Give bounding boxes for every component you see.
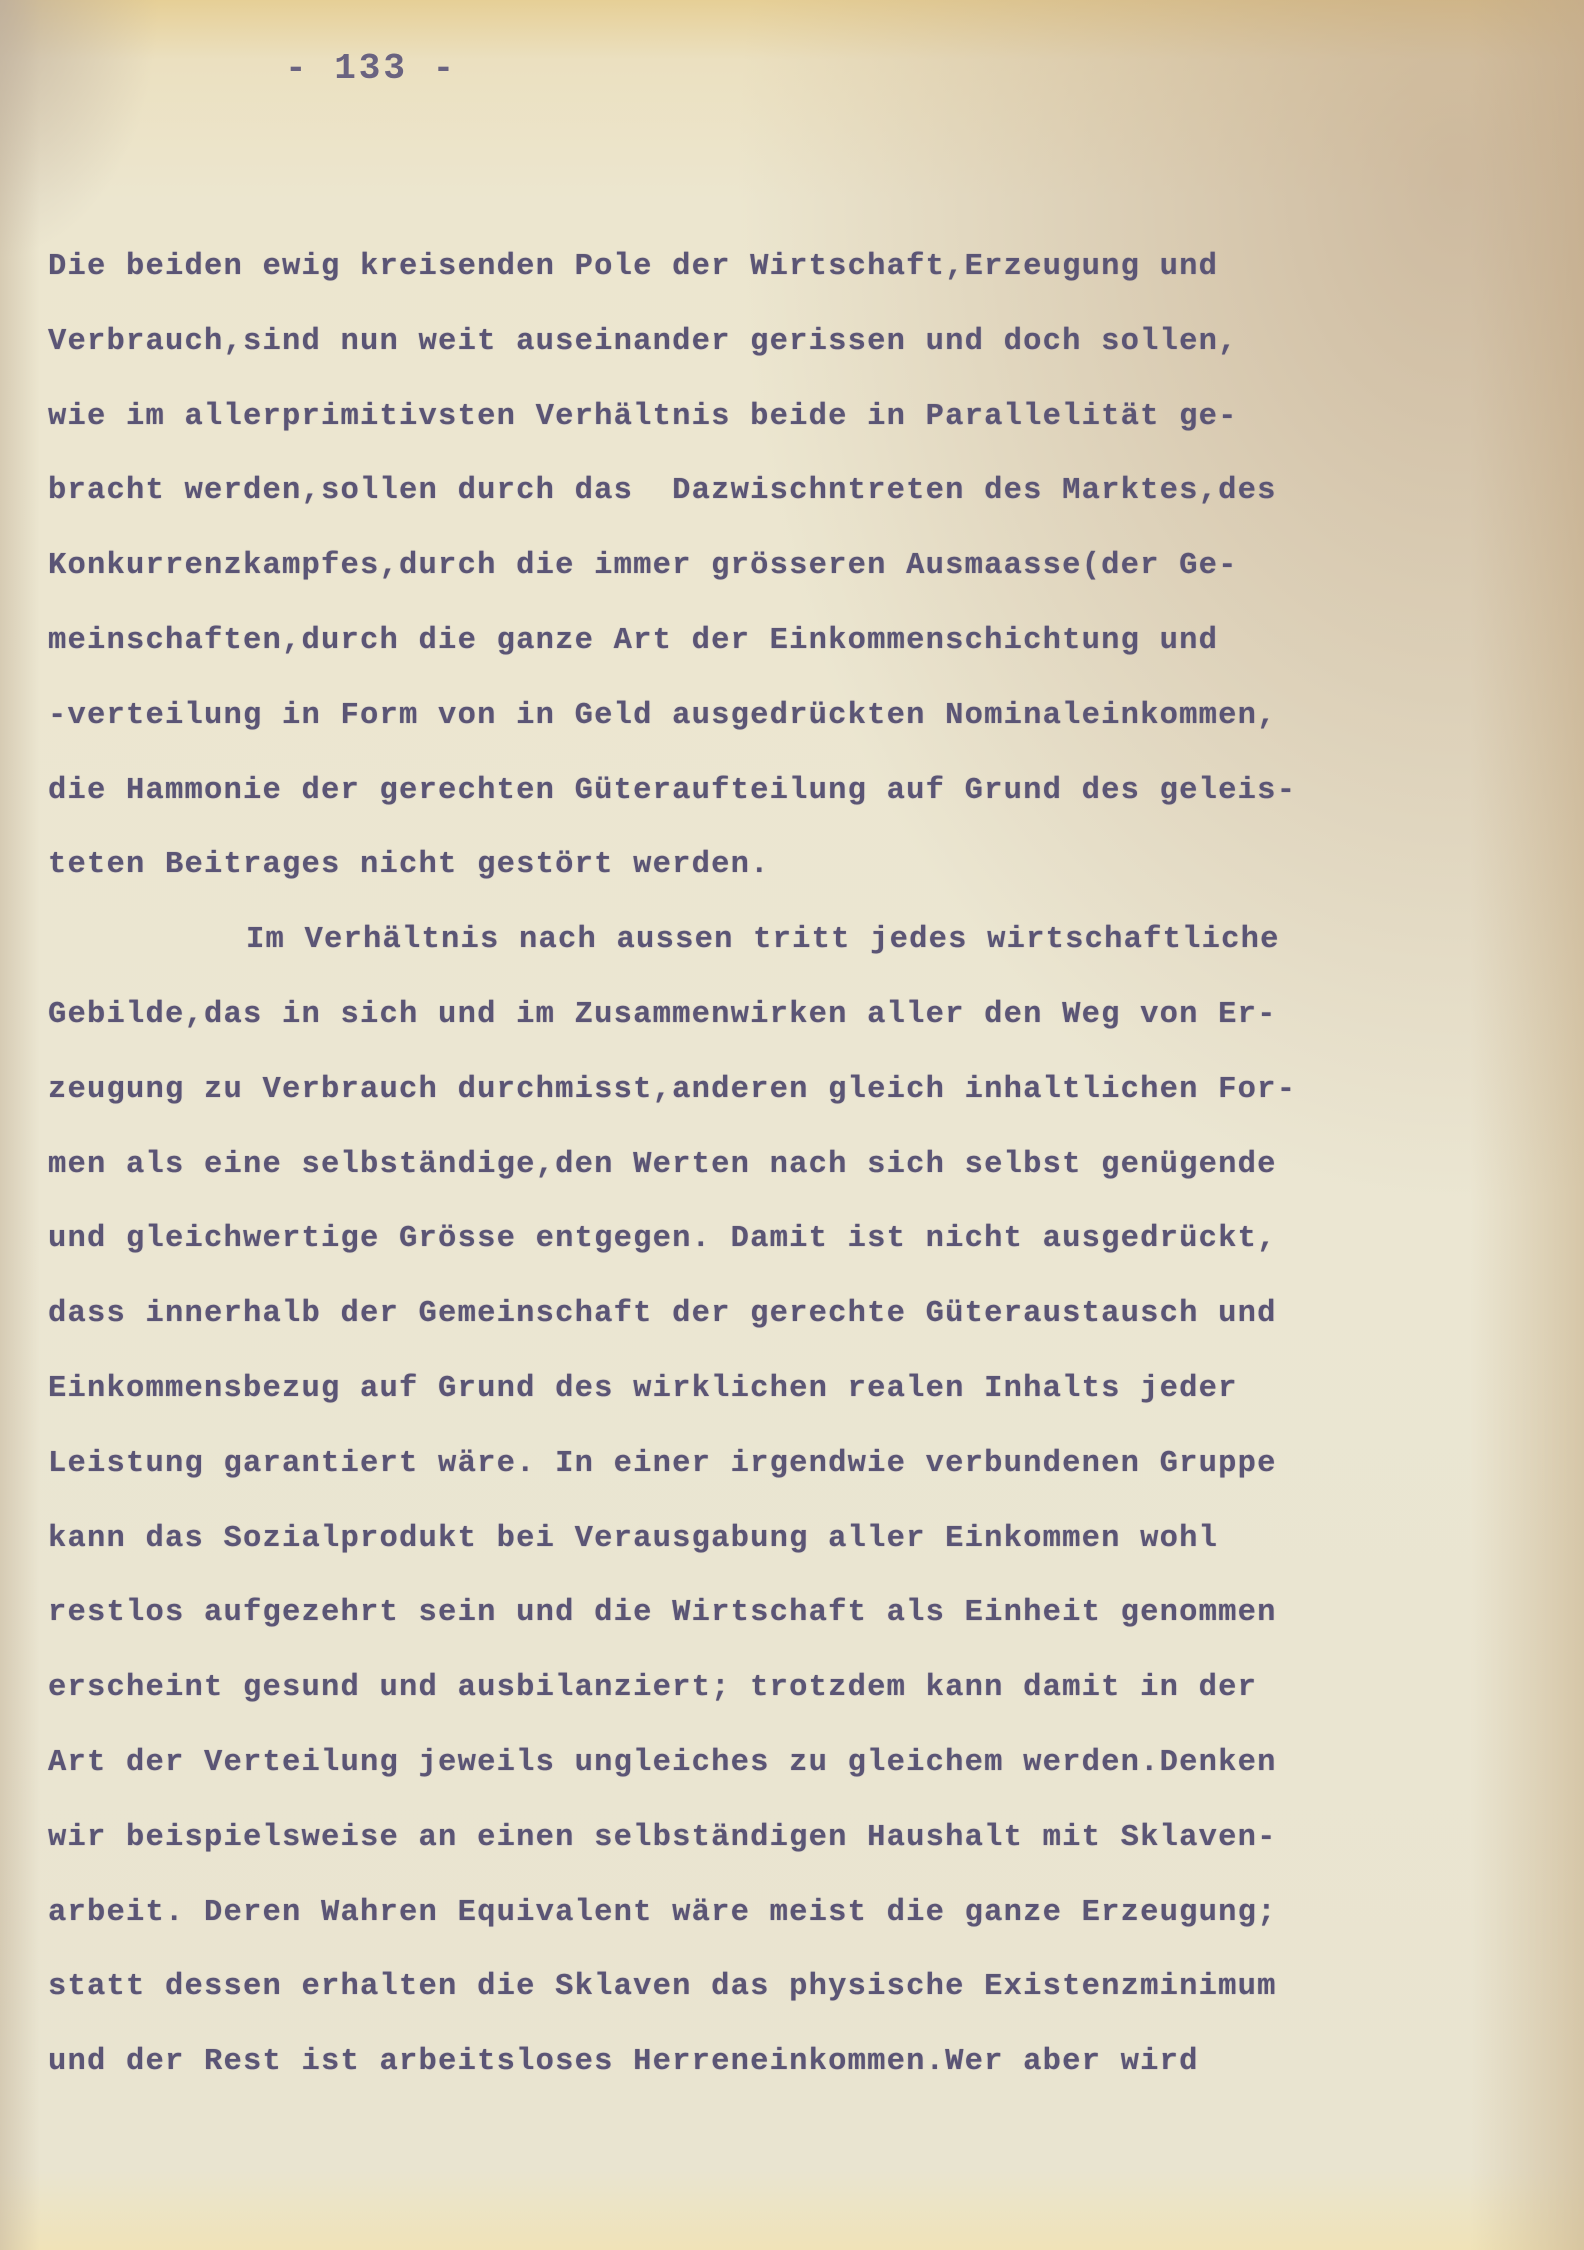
text-line: dass innerhalb der Gemeinschaft der gere… [48,1277,1528,1352]
text-line: wie im allerprimitivsten Verhältnis beid… [48,380,1528,455]
typewritten-page: - 133 - Die beiden ewig kreisenden Pole … [0,0,1584,2250]
page-number: - 133 - [285,48,457,89]
text-line: bracht werden,sollen durch das Dazwischn… [48,454,1528,529]
text-line: teten Beitrages nicht gestört werden. [48,828,1528,903]
text-line: meinschaften,durch die ganze Art der Ein… [48,604,1528,679]
text-line: zeugung zu Verbrauch durchmisst,anderen … [48,1053,1528,1128]
text-line: und der Rest ist arbeitsloses Herreneink… [48,2025,1528,2100]
body-text: Die beiden ewig kreisenden Pole der Wirt… [48,230,1528,2100]
text-line: die Hammonie der gerechten Güteraufteilu… [48,754,1528,829]
paragraph-start-line: Im Verhältnis nach aussen tritt jedes wi… [48,903,1528,978]
text-line: Leistung garantiert wäre. In einer irgen… [48,1427,1528,1502]
text-line: statt dessen erhalten die Sklaven das ph… [48,1950,1528,2025]
text-line: Verbrauch,sind nun weit auseinander geri… [48,305,1528,380]
text-line: wir beispielsweise an einen selbständige… [48,1801,1528,1876]
text-line: Die beiden ewig kreisenden Pole der Wirt… [48,230,1528,305]
text-line: Einkommensbezug auf Grund des wirklichen… [48,1352,1528,1427]
text-line: arbeit. Deren Wahren Equivalent wäre mei… [48,1876,1528,1951]
text-line: men als eine selbständige,den Werten nac… [48,1128,1528,1203]
text-line: restlos aufgezehrt sein und die Wirtscha… [48,1576,1528,1651]
text-line: Art der Verteilung jeweils ungleiches zu… [48,1726,1528,1801]
text-line: Gebilde,das in sich und im Zusammenwirke… [48,978,1528,1053]
text-line: erscheint gesund und ausbilanziert; trot… [48,1651,1528,1726]
text-line: Konkurrenzkampfes,durch die immer grösse… [48,529,1528,604]
page-stain [0,0,160,260]
text-line: -verteilung in Form von in Geld ausgedrü… [48,679,1528,754]
text-line: kann das Sozialprodukt bei Verausgabung … [48,1502,1528,1577]
text-line: und gleichwertige Grösse entgegen. Damit… [48,1202,1528,1277]
